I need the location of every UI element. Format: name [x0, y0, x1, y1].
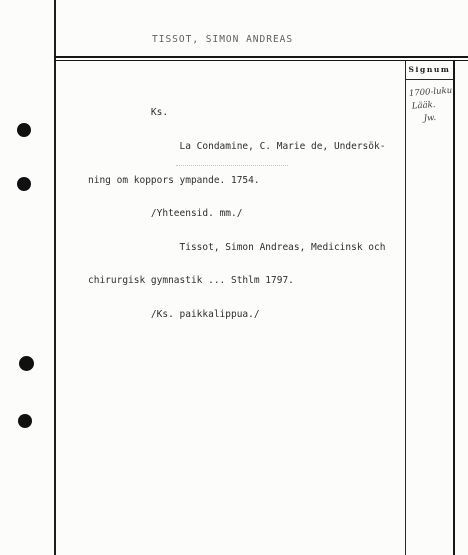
left-margin-line: [54, 0, 56, 555]
typed-line: Tissot, Simon Andreas, Medicinsk och: [88, 242, 385, 253]
signum-note-line: Jw.: [423, 111, 455, 126]
typed-line: Ks.: [88, 107, 385, 118]
punch-hole: [17, 123, 31, 137]
scan-artifact-line: [176, 165, 288, 166]
typed-line: La Condamine, C. Marie de, Undersök-: [88, 141, 385, 152]
typed-line: ning om koppors ympande. 1754.: [88, 175, 385, 186]
library-catalog-card: TISSOT, SIMON ANDREAS Signum 1700-luku L…: [0, 0, 468, 555]
punch-hole: [19, 356, 34, 371]
card-heading: TISSOT, SIMON ANDREAS: [152, 34, 293, 45]
typed-line: /Yhteensid. mm./: [88, 208, 385, 219]
typed-line: /Ks. paikkalippua./: [88, 309, 385, 320]
punch-hole: [18, 414, 32, 428]
typed-line: chirurgisk gymnastik ... Sthlm 1797.: [88, 275, 385, 286]
signum-handwritten-notes: 1700-luku Lääk. Jw.: [406, 77, 456, 127]
typed-catalog-entry: Ks. La Condamine, C. Marie de, Undersök-…: [88, 85, 385, 343]
signum-column: Signum 1700-luku Lääk. Jw.: [405, 61, 455, 555]
punch-hole: [17, 177, 31, 191]
